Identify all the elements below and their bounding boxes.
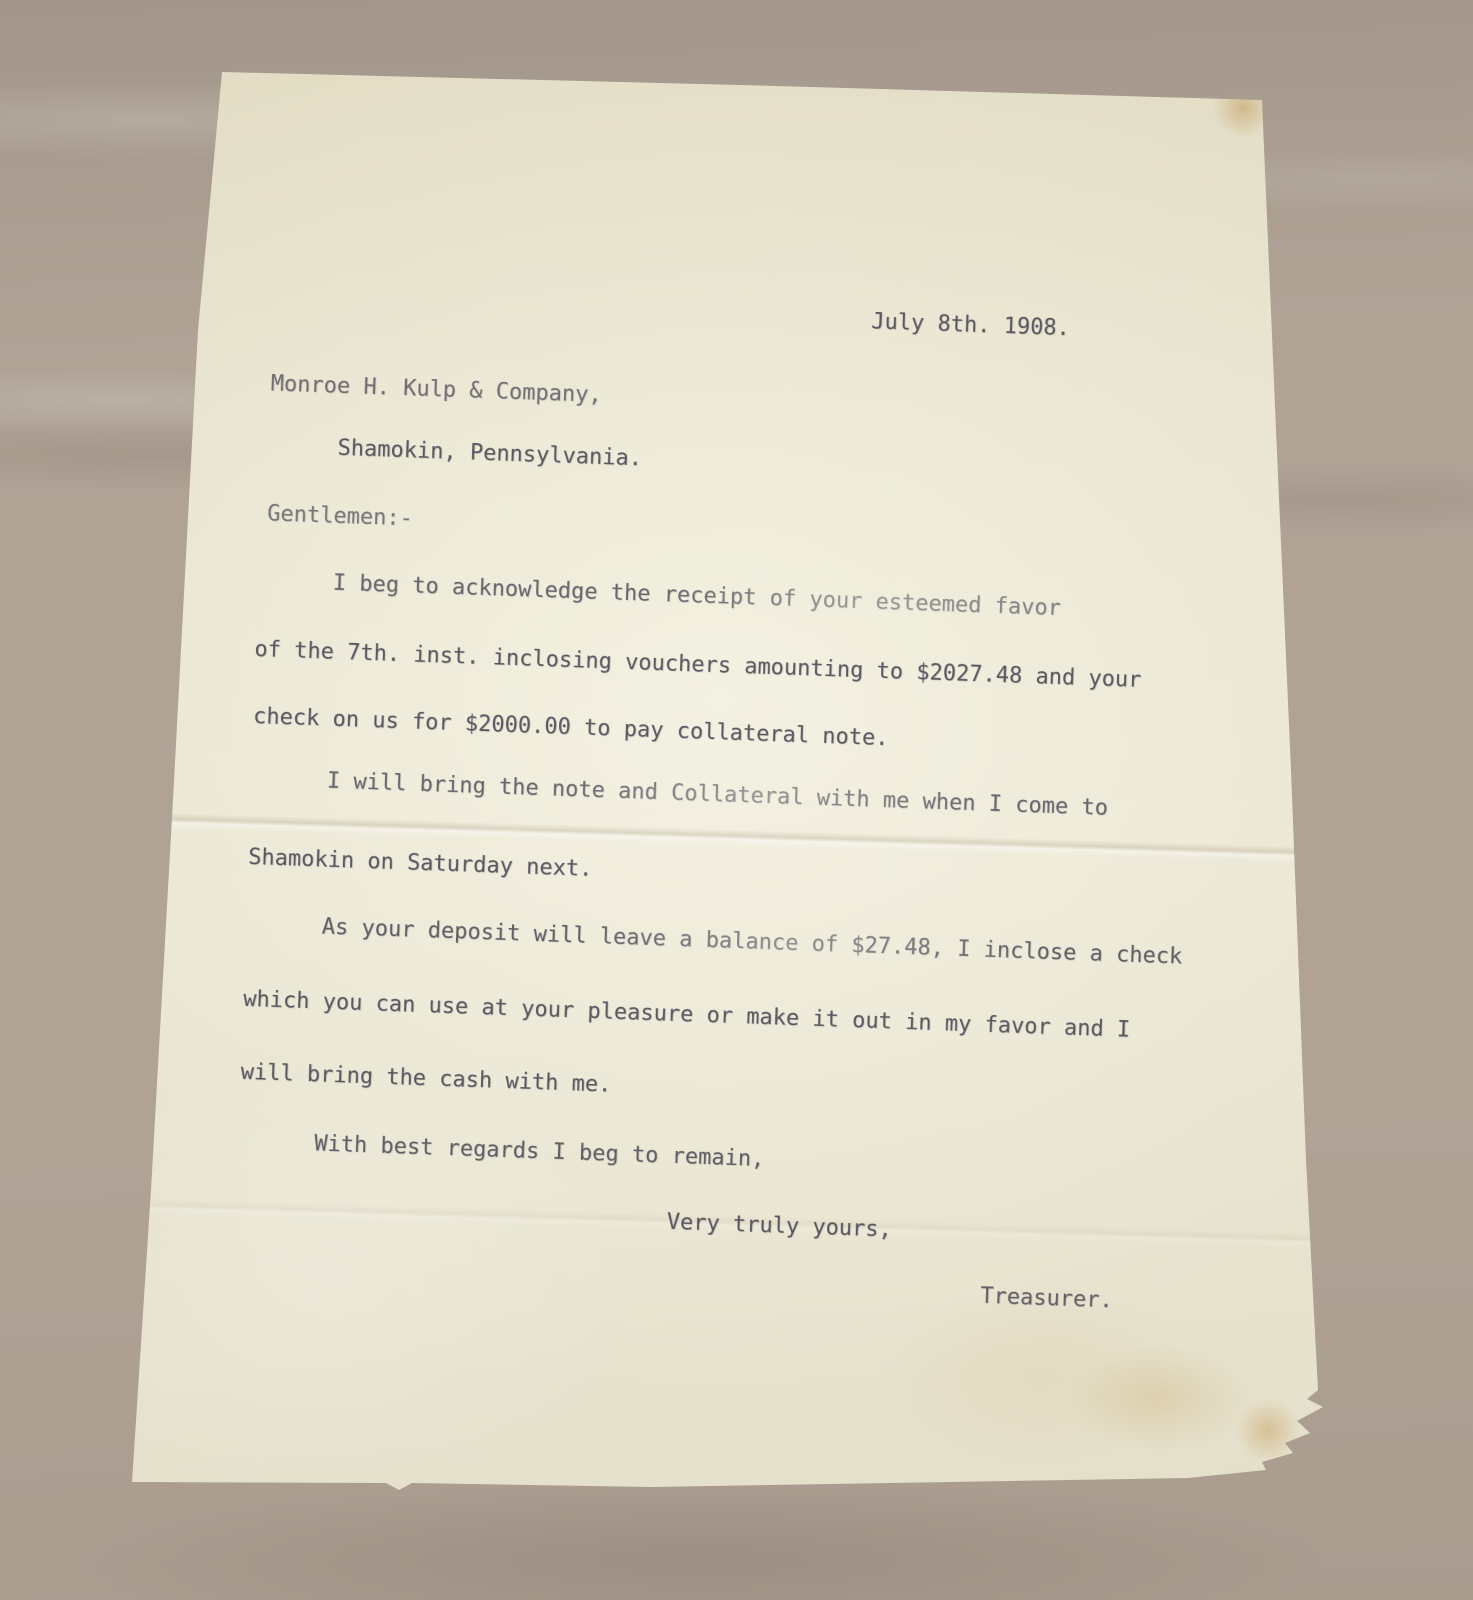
closing: Very truly yours, bbox=[666, 1209, 892, 1244]
recipient-name: Monroe H. Kulp & Company, bbox=[270, 370, 602, 409]
photo-background: July 8th. 1908. Monroe H. Kulp & Company… bbox=[0, 0, 1473, 1600]
body-line: As your deposit will leave a balance of … bbox=[321, 913, 1182, 970]
body-line: will bring the cash with me. bbox=[240, 1059, 612, 1099]
body-line: Shamokin on Saturday next. bbox=[248, 844, 593, 883]
letter-text: July 8th. 1908. Monroe H. Kulp & Company… bbox=[130, 60, 1330, 1539]
letter-date: July 8th. 1908. bbox=[871, 308, 1071, 342]
body-line: which you can use at your pleasure or ma… bbox=[243, 986, 1131, 1044]
body-line: With best regards I beg to remain, bbox=[314, 1130, 765, 1173]
letter-paper: July 8th. 1908. Monroe H. Kulp & Company… bbox=[0, 0, 1473, 1600]
salutation: Gentlemen:- bbox=[267, 500, 414, 532]
body-line: I will bring the note and Collateral wit… bbox=[326, 768, 1108, 822]
body-line: of the 7th. inst. inclosing vouchers amo… bbox=[254, 636, 1142, 694]
signature-title: Treasurer. bbox=[980, 1283, 1113, 1315]
body-line: check on us for $2000.00 to pay collater… bbox=[253, 703, 889, 752]
body-line: I beg to acknowledge the receipt of your… bbox=[332, 570, 1061, 622]
recipient-city: Shamokin, Pennsylvania. bbox=[337, 435, 642, 473]
